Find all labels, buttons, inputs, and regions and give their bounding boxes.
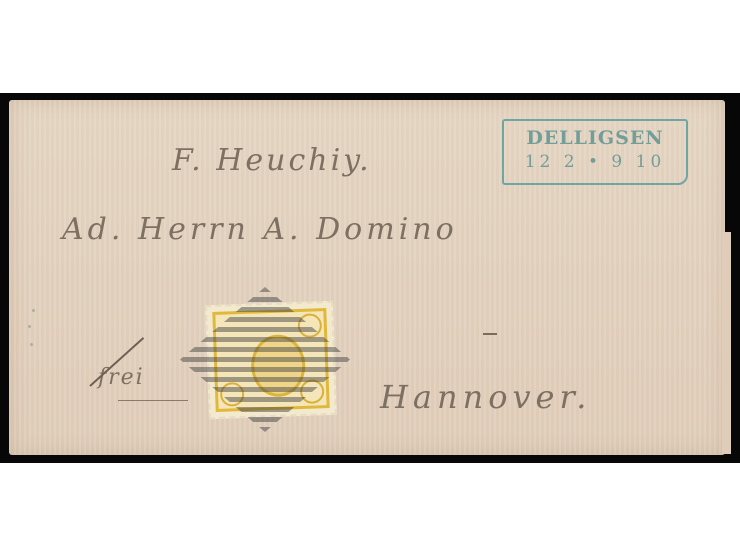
handwritten-sender: F. Heuchiy. [172,143,372,178]
handwritten-addressee: Ad. Herrn A. Domino [62,212,458,247]
ink-dash-mark [483,333,497,335]
postmark-town: DELLIGSEN [504,127,686,149]
handwritten-frei: frei [98,365,145,390]
handwritten-city: Hannover. [380,378,591,416]
postmark-date: 12 2 • 9 10 [504,152,686,172]
frei-underline [118,400,188,401]
ink-speck [28,325,31,328]
envelope-flap-edge [722,232,731,454]
ink-speck [32,309,35,312]
ink-speck [30,343,33,346]
town-postmark: DELLIGSEN 12 2 • 9 10 [502,119,688,185]
